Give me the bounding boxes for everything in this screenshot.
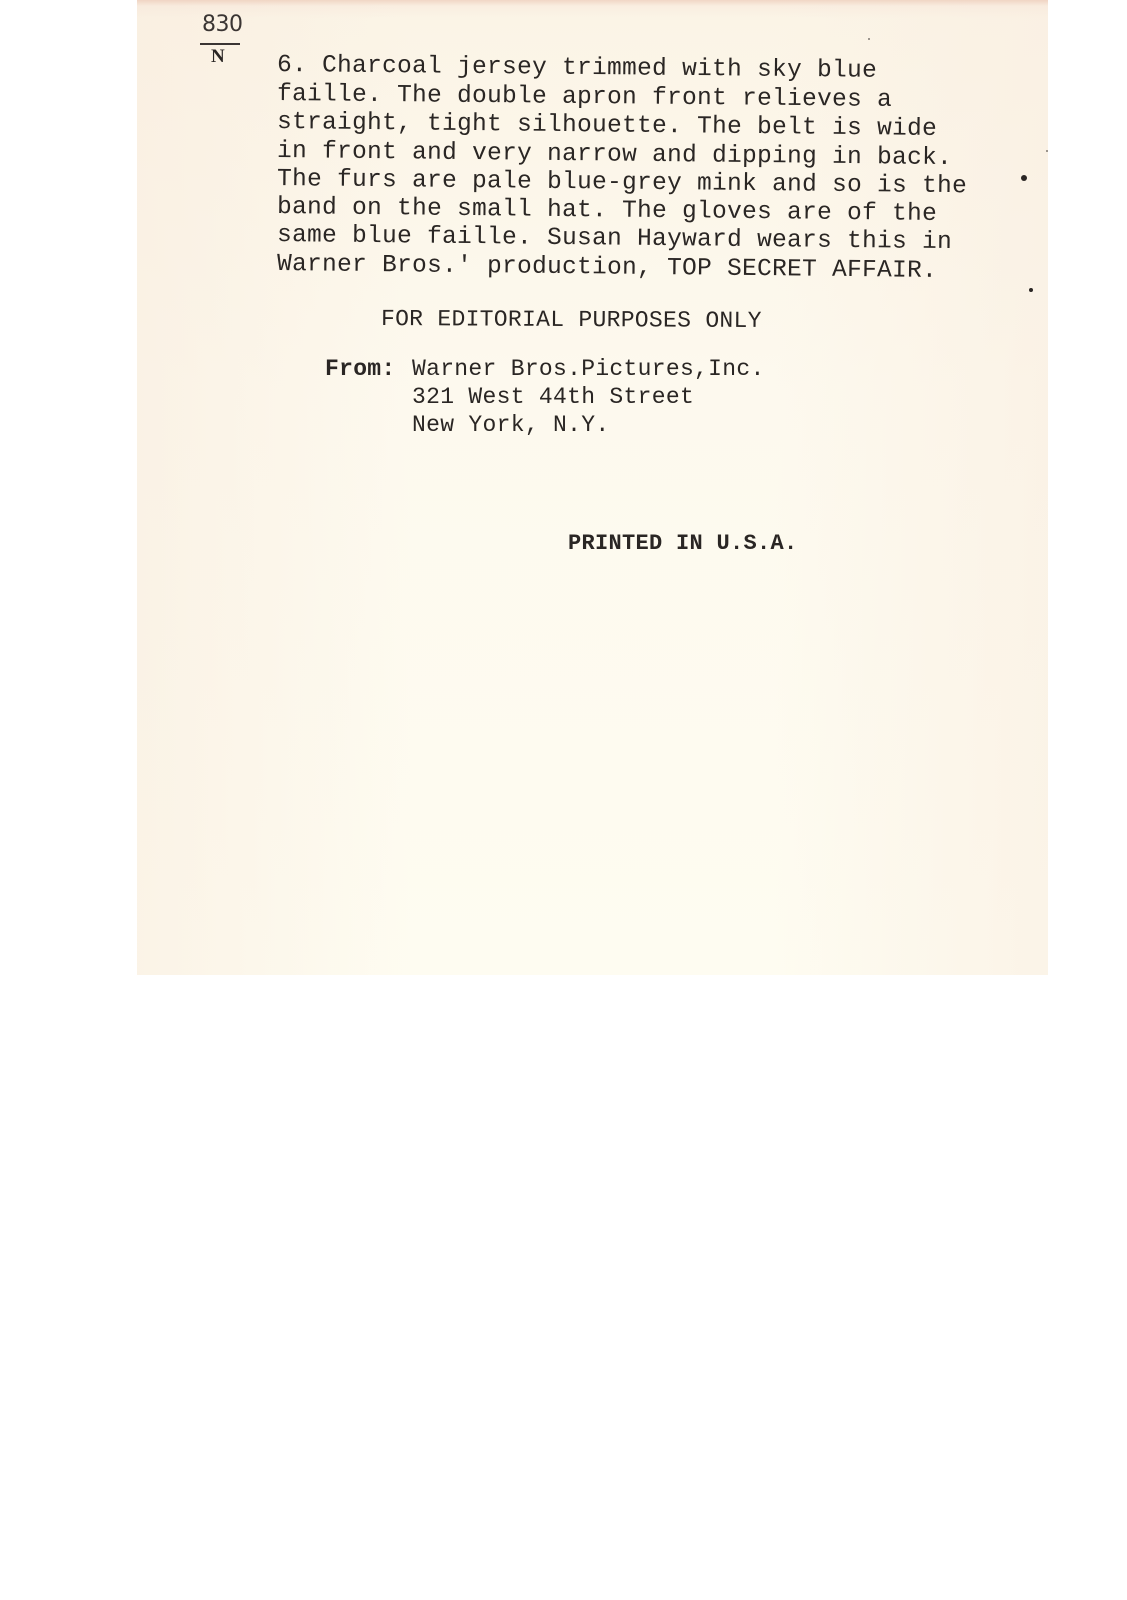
editorial-notice: FOR EDITORIAL PURPOSES ONLY	[381, 306, 762, 334]
caption-line: 6. Charcoal jersey trimmed with sky blue	[277, 52, 877, 85]
from-label: From:	[325, 356, 396, 382]
ink-speck	[1046, 150, 1048, 152]
reference-letter: N	[211, 46, 225, 68]
ink-speck	[1029, 288, 1033, 292]
address-line: 321 West 44th Street	[412, 384, 694, 410]
printed-in-usa: PRINTED IN U.S.A.	[568, 531, 798, 556]
reference-number: 830	[202, 12, 243, 37]
reference-divider	[200, 43, 240, 45]
ink-speck	[1021, 175, 1027, 181]
address-line: Warner Bros.Pictures,Inc.	[412, 356, 765, 382]
ink-speck	[868, 38, 870, 40]
address-line: New York, N.Y.	[412, 412, 609, 438]
